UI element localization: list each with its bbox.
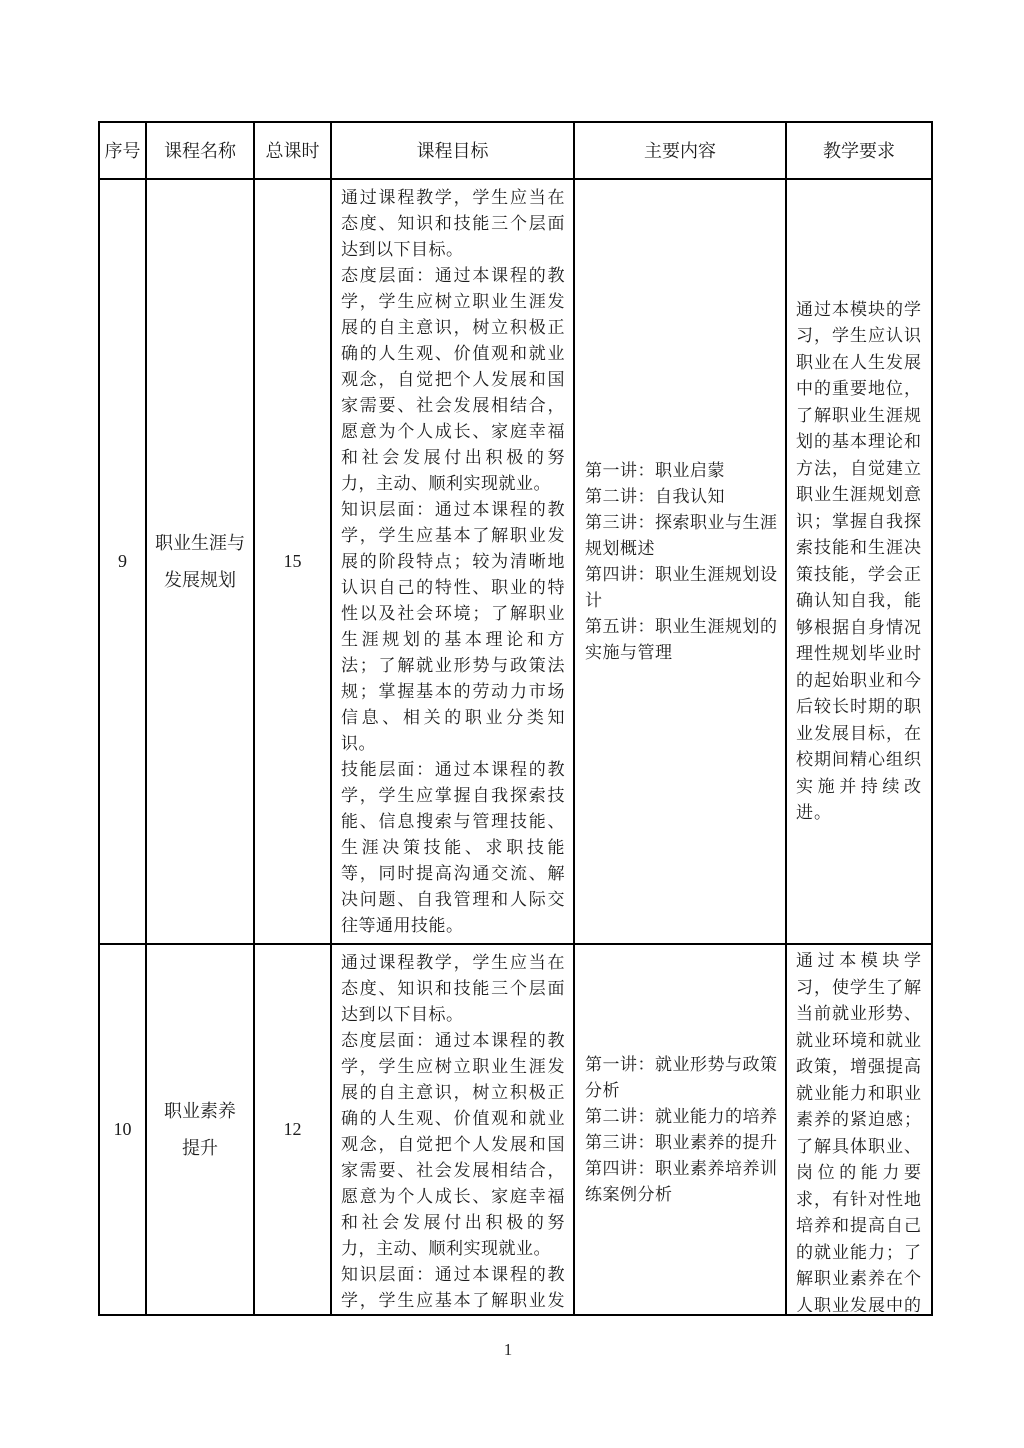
table-row: 9 职业生涯与 发展规划 15 通过课程教学，学生应当在态度、知识和技能三个层面… [99,179,932,944]
col-header-total-hours: 总课时 [254,122,331,179]
col-header-main-content: 主要内容 [574,122,786,179]
cell-course-name: 职业生涯与 发展规划 [146,179,254,944]
objectives-clipped-content: 通过课程教学，学生应当在态度、知识和技能三个层面达到以下目标。 态度层面：通过本… [341,950,565,1310]
page-number: 1 [0,1340,1016,1360]
col-header-objectives: 课程目标 [331,122,574,179]
objectives-paragraph: 态度层面：通过本课程的教学，学生应树立职业生涯发展的自主意识，树立积极正确的人生… [341,1028,565,1262]
main-content-item: 第二讲：自我认知 [585,484,779,510]
col-header-teaching-requirements: 教学要求 [786,122,932,179]
objectives-paragraph: 通过课程教学，学生应当在态度、知识和技能三个层面达到以下目标。 [341,185,565,263]
col-header-course-name: 课程名称 [146,122,254,179]
main-content-item: 第一讲：就业形势与政策分析 [585,1052,779,1104]
curriculum-table: 序号 课程名称 总课时 课程目标 主要内容 教学要求 9 职业生涯与 发展规划 … [98,121,933,1316]
cell-index: 10 [99,944,146,1315]
main-content-item: 第五讲：职业生涯规划的实施与管理 [585,614,779,666]
teaching-requirements-text: 通过本模块学习，使学生了解当前就业形势、就业环境和就业政策，增强提高就业能力和职… [796,948,922,1312]
objectives-paragraph: 知识层面：通过本课程的教学，学生应基本了解职业发展的阶段特点；较为清晰地认识自己… [341,497,565,757]
main-content-item: 第三讲：职业素养的提升 [585,1130,779,1156]
cell-main-content: 第一讲：就业形势与政策分析 第二讲：就业能力的培养 第三讲：职业素养的提升 第四… [574,944,786,1315]
objectives-paragraph: 通过课程教学，学生应当在态度、知识和技能三个层面达到以下目标。 [341,950,565,1028]
course-name-text: 职业素养 提升 [153,1093,247,1167]
table-row: 10 职业素养 提升 12 通过课程教学，学生应当在态度、知识和技能三个层面达到… [99,944,932,1315]
cell-objectives: 通过课程教学，学生应当在态度、知识和技能三个层面达到以下目标。 态度层面：通过本… [331,944,574,1315]
teaching-requirements-text: 通过本模块的学习，学生应认识职业在人生发展中的重要地位，了解职业生涯规划的基本理… [796,297,922,827]
objectives-paragraph: 知识层面：通过本课程的教学，学生应基本了解职业发展 [341,1262,565,1310]
main-content-item: 第四讲：职业生涯规划设计 [585,562,779,614]
table-header-row: 序号 课程名称 总课时 课程目标 主要内容 教学要求 [99,122,932,179]
cell-index: 9 [99,179,146,944]
cell-objectives: 通过课程教学，学生应当在态度、知识和技能三个层面达到以下目标。 态度层面：通过本… [331,179,574,944]
cell-teaching-requirements: 通过本模块学习，使学生了解当前就业形势、就业环境和就业政策，增强提高就业能力和职… [786,944,932,1315]
document-page: 序号 课程名称 总课时 课程目标 主要内容 教学要求 9 职业生涯与 发展规划 … [0,0,1024,1448]
cell-teaching-requirements: 通过本模块的学习，学生应认识职业在人生发展中的重要地位，了解职业生涯规划的基本理… [786,179,932,944]
cell-total-hours: 12 [254,944,331,1315]
objectives-paragraph: 技能层面：通过本课程的教学，学生应掌握自我探索技能、信息搜索与管理技能、生涯决策… [341,757,565,939]
col-header-index: 序号 [99,122,146,179]
objectives-paragraph: 态度层面：通过本课程的教学，学生应树立职业生涯发展的自主意识，树立积极正确的人生… [341,263,565,497]
cell-main-content: 第一讲：职业启蒙 第二讲：自我认知 第三讲：探索职业与生涯规划概述 第四讲：职业… [574,179,786,944]
main-content-item: 第四讲：职业素养培养训练案例分析 [585,1156,779,1208]
cell-total-hours: 15 [254,179,331,944]
main-content-item: 第二讲：就业能力的培养 [585,1104,779,1130]
main-content-item: 第一讲：职业启蒙 [585,458,779,484]
main-content-item: 第三讲：探索职业与生涯规划概述 [585,510,779,562]
course-name-text: 职业生涯与 发展规划 [153,525,247,599]
teaching-requirements-clipped-content: 通过本模块学习，使学生了解当前就业形势、就业环境和就业政策，增强提高就业能力和职… [796,948,922,1312]
cell-course-name: 职业素养 提升 [146,944,254,1315]
